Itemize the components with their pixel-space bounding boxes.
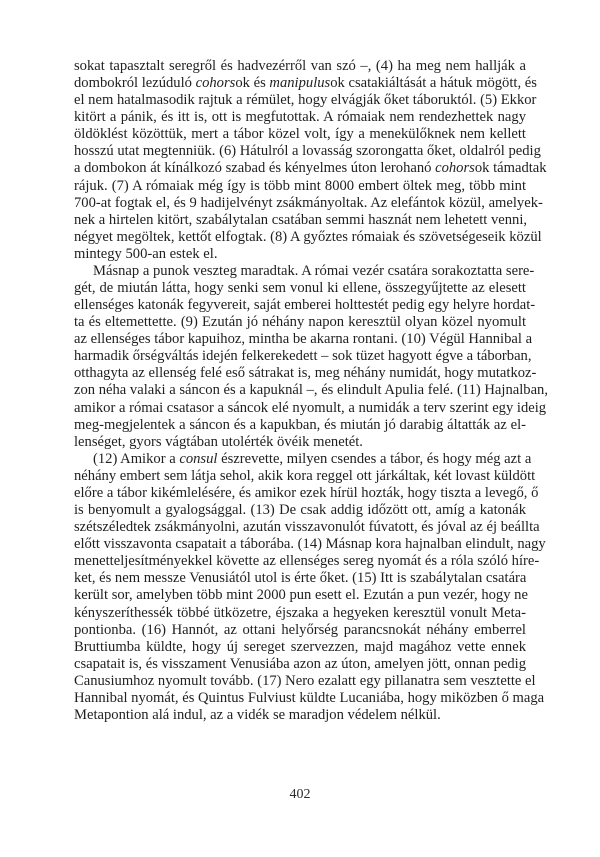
text-line: harmadik őrségváltás idején felkerekedet…	[74, 348, 526, 365]
text-line: sokat tapasztalt seregről és hadvezérről…	[74, 58, 526, 75]
text-line: is benyomult a gyalogsággal. (13) De csa…	[74, 502, 526, 519]
text-line: nek a hirtelen kitört, szabálytalan csat…	[74, 212, 526, 229]
text-line: rájuk. (7) A rómaiak még így is több min…	[74, 178, 526, 195]
text-line: gét, de miután látta, hogy senki sem von…	[74, 280, 526, 297]
italic-term: consul	[179, 451, 217, 467]
paragraph-2: Másnap a punok veszteg maradtak. A római…	[74, 263, 526, 451]
text-line: (12) Amikor a consul észrevette, milyen …	[74, 451, 526, 468]
text-line: Hannibal nyomát, és Quintus Fulviust kül…	[74, 690, 526, 707]
text-line: menetteljesítményekkel követte az ellens…	[74, 553, 526, 570]
page-body: sokat tapasztalt seregről és hadvezérről…	[74, 58, 526, 724]
text-line: ket, és nem messze Venusiától utol is ér…	[74, 570, 526, 587]
text-line: pontionba. (16) Hannót, az ottani helyőr…	[74, 622, 526, 639]
italic-term: cohors	[196, 75, 236, 91]
paragraph-3: (12) Amikor a consul észrevette, milyen …	[74, 451, 526, 724]
text-line: az ellenséges tábor kapuihoz, mintha be …	[74, 331, 526, 348]
text-line: dombokról lezúduló cohorsok és manipulus…	[74, 75, 526, 92]
text-line: amikor a római csatasor a sáncok elé nyo…	[74, 400, 526, 417]
text-line: előtt visszavonta csapatait a táborába. …	[74, 536, 526, 553]
text-line: előre a tábor kikémlelésére, és amikor e…	[74, 485, 526, 502]
text-line: került sor, amelyben több mint 2000 pun …	[74, 587, 526, 604]
italic-term: cohors	[435, 160, 475, 176]
text-line: szétszéledtek zsákmányolni, azután vissz…	[74, 519, 526, 536]
text-line: Canusiumhoz nyomult tovább. (17) Nero ez…	[74, 673, 526, 690]
text-line: négyet megöltek, kettőt elfogtak. (8) A …	[74, 229, 526, 246]
text-line: mintegy 500-an estek el.	[74, 246, 526, 263]
text-line: lenséget, gyors vágtában utolérték övéik…	[74, 434, 526, 451]
text-line: otthagyta az ellenség felé eső sátrakat …	[74, 365, 526, 382]
text-line: néhány embert sem látja sehol, akik kora…	[74, 468, 526, 485]
text-line: ta és eltemettette. (9) Ezután jó néhány…	[74, 314, 526, 331]
text-line: öldöklést közöttük, mert a tábor közel v…	[74, 126, 526, 143]
text-line: csapatait is, és visszament Venusiába az…	[74, 656, 526, 673]
text-line: kitört a pánik, és itt is, ott is megfut…	[74, 109, 526, 126]
text-line: zon néha valaki a sáncon és a kapuknál –…	[74, 382, 526, 399]
text-line: hosszú utat megtenniük. (6) Hátulról a l…	[74, 143, 526, 160]
text-line: Másnap a punok veszteg maradtak. A római…	[74, 263, 526, 280]
text-line: 700-at fogtak el, és 9 hadijelvényt zsák…	[74, 195, 526, 212]
text-line: Bruttiumba küldte, hogy új sereget szerv…	[74, 639, 526, 656]
text-line: el nem hatalmasodik rajtuk a rémület, ho…	[74, 92, 526, 109]
text-line: meg-megjelentek a sáncon és a kapukban, …	[74, 417, 526, 434]
italic-term: manipulus	[269, 75, 330, 91]
text-line: kényszeríthessék többé ütközetre, éjszak…	[74, 605, 526, 622]
text-line: ellenséges katonák fegyvereit, saját emb…	[74, 297, 526, 314]
text-line: Metapontion alá indul, az a vidék se mar…	[74, 707, 526, 724]
text-line: a dombokon át kínálkozó szabad és kényel…	[74, 160, 526, 177]
paragraph-1: sokat tapasztalt seregről és hadvezérről…	[74, 58, 526, 263]
page-number: 402	[0, 787, 600, 803]
